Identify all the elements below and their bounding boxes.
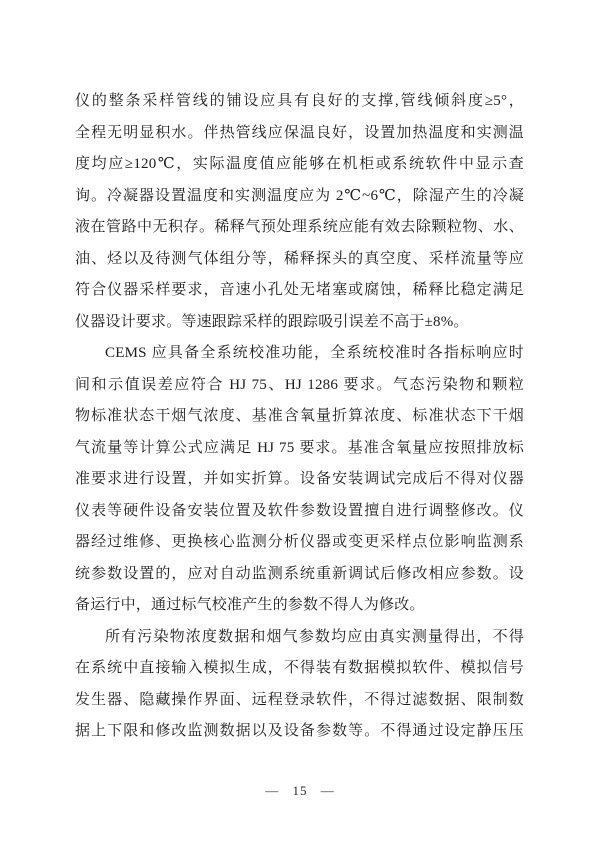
text-line: 准要求进行设置，并如实折算。设备安装调试完成后不得对仪器 <box>75 464 524 496</box>
text-line: 发生器、隐藏操作界面、远程登录软件，不得过滤数据、限制数 <box>75 685 524 717</box>
text-line: 器经过维修、更换核心监测分析仪器或变更采样点位影响监测系 <box>75 527 524 559</box>
document-body: 仪的整条采样管线的铺设应具有良好的支撑,管线倾斜度≥5°，全程无明显积水。伴热管… <box>75 86 524 748</box>
text-line: CEMS 应具备全系统校准功能，全系统校准时各指标响应时 <box>75 338 524 370</box>
paragraph: 所有污染物浓度数据和烟气参数均应由真实测量得出，不得在系统中直接输入模拟生成，不… <box>75 622 524 748</box>
text-line: 液在管路中无积存。稀释气预处理系统应能有效去除颗粒物、水、 <box>75 212 524 244</box>
text-line: 符合仪器采样要求，音速小孔处无堵塞或腐蚀，稀释比稳定满足 <box>75 275 524 307</box>
text-line: 全程无明显积水。伴热管线应保温良好，设置加热温度和实测温 <box>75 118 524 150</box>
text-line: 据上下限和修改监测数据以及设备参数等。不得通过设定静压压 <box>75 716 524 748</box>
text-line: 仪表等硬件设备安装位置及软件参数设置擅自进行调整修改。仪 <box>75 496 524 528</box>
paragraph: 仪的整条采样管线的铺设应具有良好的支撑,管线倾斜度≥5°，全程无明显积水。伴热管… <box>75 86 524 338</box>
text-line: 油、烃以及待测气体组分等，稀释探头的真空度、采样流量等应 <box>75 244 524 276</box>
text-line: 仪的整条采样管线的铺设应具有良好的支撑,管线倾斜度≥5°， <box>75 86 524 118</box>
page-number: — 15 — <box>0 783 600 799</box>
text-line: 询。冷凝器设置温度和实测温度应为 2℃~6℃，除湿产生的冷凝 <box>75 181 524 213</box>
document-page: 仪的整条采样管线的铺设应具有良好的支撑,管线倾斜度≥5°，全程无明显积水。伴热管… <box>0 0 600 848</box>
paragraph: CEMS 应具备全系统校准功能，全系统校准时各指标响应时间和示值误差应符合 HJ… <box>75 338 524 622</box>
text-line: 备运行中，通过标气校准产生的参数不得人为修改。 <box>75 590 524 622</box>
text-line: 物标准状态干烟气浓度、基准含氧量折算浓度、标准状态下干烟 <box>75 401 524 433</box>
text-line: 气流量等计算公式应满足 HJ 75 要求。基准含氧量应按照排放标 <box>75 433 524 465</box>
text-line: 仪器设计要求。等速跟踪采样的跟踪吸引误差不高于±8%。 <box>75 307 524 339</box>
text-line: 间和示值误差应符合 HJ 75、HJ 1286 要求。气态污染物和颗粒 <box>75 370 524 402</box>
text-line: 度均应≥120℃，实际温度值应能够在机柜或系统软件中显示查 <box>75 149 524 181</box>
text-line: 统参数设置的，应对自动监测系统重新调试后修改相应参数。设 <box>75 559 524 591</box>
text-line: 所有污染物浓度数据和烟气参数均应由真实测量得出，不得 <box>75 622 524 654</box>
text-line: 在系统中直接输入模拟生成，不得装有数据模拟软件、模拟信号 <box>75 653 524 685</box>
